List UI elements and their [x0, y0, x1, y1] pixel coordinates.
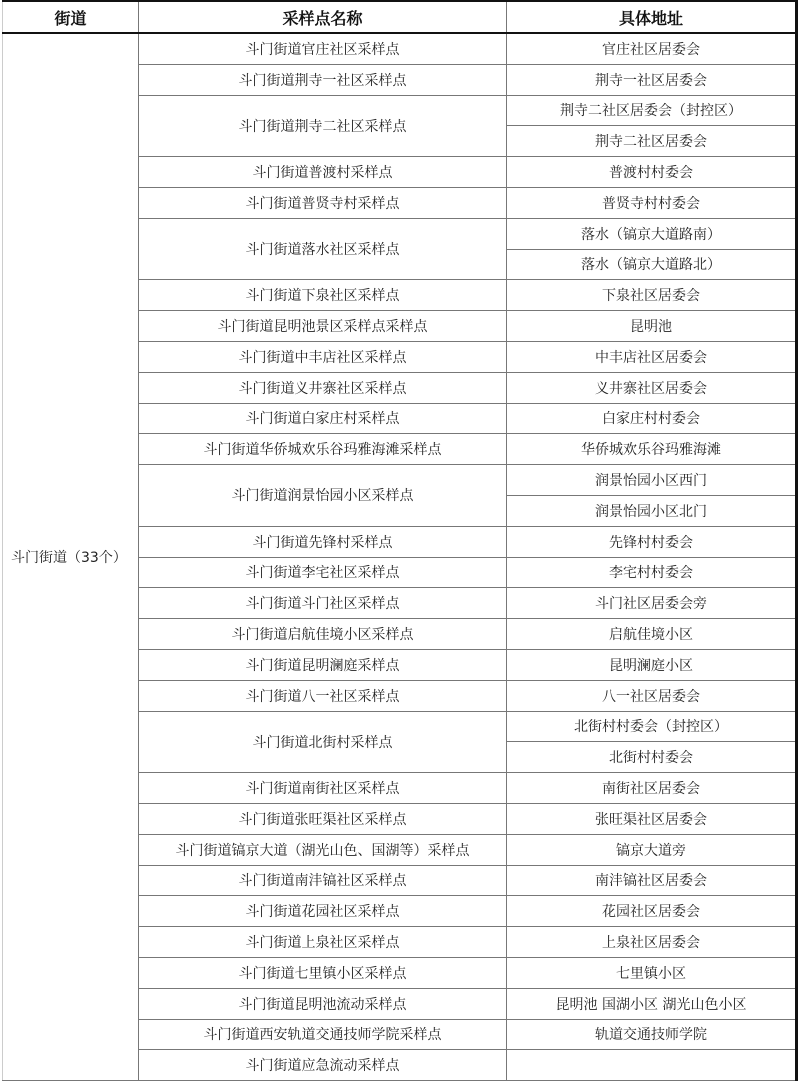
site-name-cell: 斗门街道西安轨道交通技师学院采样点: [139, 1019, 507, 1050]
site-name-cell: 斗门街道应急流动采样点: [139, 1050, 507, 1081]
site-name-cell: 斗门街道李宅社区采样点: [139, 557, 507, 588]
address-cell: 润景怡园小区西门: [507, 465, 797, 496]
site-name-cell: 斗门街道先锋村采样点: [139, 526, 507, 557]
address-cell: 荆寺二社区居委会: [507, 126, 797, 157]
site-name-cell: 斗门街道花园社区采样点: [139, 896, 507, 927]
site-name-cell: 斗门街道中丰店社区采样点: [139, 341, 507, 372]
street-cell: 斗门街道（33个）: [3, 33, 139, 1081]
address-cell: 义井寨社区居委会: [507, 372, 797, 403]
site-name-cell: 斗门街道荆寺二社区采样点: [139, 95, 507, 157]
address-cell: 南街社区居委会: [507, 773, 797, 804]
address-cell: 润景怡园小区北门: [507, 495, 797, 526]
site-name-cell: 斗门街道普贤寺村采样点: [139, 187, 507, 218]
address-cell: 上泉社区居委会: [507, 927, 797, 958]
site-name-cell: 斗门街道镐京大道（湖光山色、国湖等）采样点: [139, 834, 507, 865]
header-street: 街道: [3, 1, 139, 33]
site-name-cell: 斗门街道下泉社区采样点: [139, 280, 507, 311]
site-name-cell: 斗门街道普渡村采样点: [139, 157, 507, 188]
site-name-cell: 斗门街道荆寺一社区采样点: [139, 64, 507, 95]
address-cell: 李宅村村委会: [507, 557, 797, 588]
site-name-cell: 斗门街道润景怡园小区采样点: [139, 465, 507, 527]
address-cell: 下泉社区居委会: [507, 280, 797, 311]
header-row: 街道 采样点名称 具体地址: [3, 1, 797, 33]
site-name-cell: 斗门街道白家庄村采样点: [139, 403, 507, 434]
address-cell: 七里镇小区: [507, 957, 797, 988]
site-name-cell: 斗门街道上泉社区采样点: [139, 927, 507, 958]
address-cell: 白家庄村村委会: [507, 403, 797, 434]
address-cell: [507, 1050, 797, 1081]
address-cell: 普贤寺村村委会: [507, 187, 797, 218]
header-site-name: 采样点名称: [139, 1, 507, 33]
site-name-cell: 斗门街道华侨城欢乐谷玛雅海滩采样点: [139, 434, 507, 465]
site-name-cell: 斗门街道官庄社区采样点: [139, 33, 507, 64]
site-name-cell: 斗门街道北街村采样点: [139, 711, 507, 773]
address-cell: 张旺渠社区居委会: [507, 803, 797, 834]
site-name-cell: 斗门街道落水社区采样点: [139, 218, 507, 280]
address-cell: 北街村村委会（封控区）: [507, 711, 797, 742]
address-cell: 昆明池 国湖小区 湖光山色小区: [507, 988, 797, 1019]
address-cell: 落水（镐京大道路南）: [507, 218, 797, 249]
site-name-cell: 斗门街道昆明池流动采样点: [139, 988, 507, 1019]
site-name-cell: 斗门街道昆明澜庭采样点: [139, 649, 507, 680]
site-name-cell: 斗门街道南街社区采样点: [139, 773, 507, 804]
sampling-sites-table: 街道 采样点名称 具体地址 斗门街道（33个）斗门街道官庄社区采样点官庄社区居委…: [2, 0, 798, 1081]
address-cell: 八一社区居委会: [507, 680, 797, 711]
address-cell: 官庄社区居委会: [507, 33, 797, 64]
address-cell: 落水（镐京大道路北）: [507, 249, 797, 280]
site-name-cell: 斗门街道八一社区采样点: [139, 680, 507, 711]
site-name-cell: 斗门街道昆明池景区采样点采样点: [139, 311, 507, 342]
address-cell: 北街村村委会: [507, 742, 797, 773]
address-cell: 南沣镐社区居委会: [507, 865, 797, 896]
address-cell: 荆寺一社区居委会: [507, 64, 797, 95]
address-cell: 轨道交通技师学院: [507, 1019, 797, 1050]
table-body: 斗门街道（33个）斗门街道官庄社区采样点官庄社区居委会斗门街道荆寺一社区采样点荆…: [3, 33, 797, 1081]
address-cell: 荆寺二社区居委会（封控区）: [507, 95, 797, 126]
address-cell: 昆明澜庭小区: [507, 649, 797, 680]
address-cell: 先锋村村委会: [507, 526, 797, 557]
address-cell: 普渡村村委会: [507, 157, 797, 188]
address-cell: 斗门社区居委会旁: [507, 588, 797, 619]
site-name-cell: 斗门街道斗门社区采样点: [139, 588, 507, 619]
header-address: 具体地址: [507, 1, 797, 33]
address-cell: 华侨城欢乐谷玛雅海滩: [507, 434, 797, 465]
address-cell: 启航佳境小区: [507, 619, 797, 650]
table-row: 斗门街道（33个）斗门街道官庄社区采样点官庄社区居委会: [3, 33, 797, 64]
site-name-cell: 斗门街道南沣镐社区采样点: [139, 865, 507, 896]
address-cell: 镐京大道旁: [507, 834, 797, 865]
site-name-cell: 斗门街道张旺渠社区采样点: [139, 803, 507, 834]
address-cell: 昆明池: [507, 311, 797, 342]
site-name-cell: 斗门街道七里镇小区采样点: [139, 957, 507, 988]
address-cell: 中丰店社区居委会: [507, 341, 797, 372]
address-cell: 花园社区居委会: [507, 896, 797, 927]
site-name-cell: 斗门街道启航佳境小区采样点: [139, 619, 507, 650]
site-name-cell: 斗门街道义井寨社区采样点: [139, 372, 507, 403]
